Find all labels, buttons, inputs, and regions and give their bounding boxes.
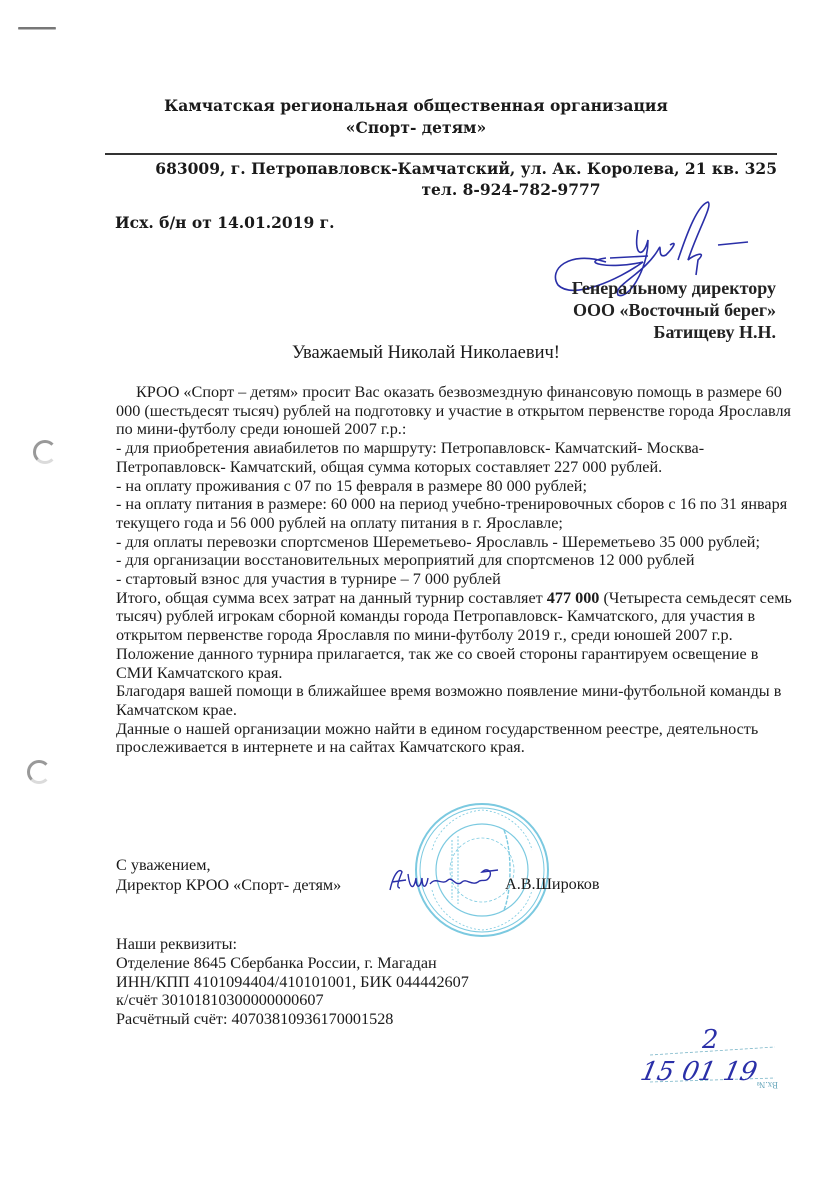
requisites-settlement-account: Расчётный счёт: 40703810936170001528 — [116, 1010, 469, 1029]
salutation: Уважаемый Николай Николаевич! — [0, 343, 832, 364]
letterhead-org-name: Камчатская региональная общественная орг… — [0, 95, 832, 139]
expense-item: - на оплату проживания с 07 по 15 феврал… — [116, 477, 796, 496]
total-amount: 477 000 — [547, 589, 600, 607]
body-paragraph: Данные о нашей организации можно найти в… — [116, 720, 796, 757]
body-intro: КРОО «Спорт – детям» просит Вас оказать … — [116, 383, 796, 439]
letter-body: КРОО «Спорт – детям» просит Вас оказать … — [116, 383, 796, 757]
punch-hole-mark — [33, 440, 57, 464]
letterhead-divider — [105, 153, 777, 155]
expense-item: - стартовый взнос для участия в турнире … — [116, 570, 796, 589]
body-paragraph: Благодаря вашей помощи в ближайшее время… — [116, 682, 796, 719]
outgoing-reference: Исх. б/н от 14.01.2019 г. — [115, 213, 335, 232]
bank-requisites: Наши реквизиты: Отделение 8645 Сбербанка… — [116, 935, 469, 1029]
requisites-bank: Отделение 8645 Сбербанка России, г. Мага… — [116, 954, 469, 973]
expense-item: - для приобретения авиабилетов по маршру… — [116, 439, 796, 476]
org-name-line2: «Спорт- детям» — [0, 117, 832, 139]
director-signature-icon — [386, 862, 506, 897]
expense-item: - для организации восстановительных меро… — [116, 551, 796, 570]
addressee-title: Генеральному директору — [572, 277, 776, 299]
addressee-name: Батищеву Н.Н. — [572, 321, 776, 343]
signer-name: А.В.Широков — [505, 875, 600, 894]
requisites-corr-account: к/счёт 30101810300000000607 — [116, 991, 469, 1010]
letterhead-address-block: 683009, г. Петропавловск-Камчатский, ул.… — [105, 158, 777, 200]
requisites-heading: Наши реквизиты: — [116, 935, 469, 954]
scan-artifact-line — [18, 27, 56, 29]
closing-block: С уважением, Директор КРОО «Спорт- детям… — [116, 855, 341, 895]
incoming-date: 15 01 19 — [638, 1057, 760, 1087]
incoming-registration-mark-icon: 2 15 01 19 Вх.№ — [640, 1020, 790, 1100]
total-paragraph: Итого, общая сумма всех затрат на данный… — [116, 589, 796, 683]
requisites-inn-kpp-bik: ИНН/КПП 4101094404/410101001, БИК 044442… — [116, 973, 469, 992]
incoming-stamp-label: Вх.№ — [757, 1080, 778, 1090]
closing-regards: С уважением, — [116, 855, 341, 875]
incoming-number: 2 — [701, 1025, 719, 1055]
letterhead-phone: тел. 8-924-782-9777 — [105, 179, 777, 200]
total-prefix: Итого, общая сумма всех затрат на данный… — [116, 589, 547, 607]
expense-item: - на оплату питания в размере: 60 000 на… — [116, 495, 796, 532]
punch-hole-mark — [27, 760, 51, 784]
letterhead-address: 683009, г. Петропавловск-Камчатский, ул.… — [155, 159, 777, 178]
org-name-line1: Камчатская региональная общественная орг… — [0, 95, 832, 117]
addressee-block: Генеральному директору ООО «Восточный бе… — [572, 277, 776, 343]
addressee-company: ООО «Восточный берег» — [572, 299, 776, 321]
signer-title: Директор КРОО «Спорт- детям» — [116, 875, 341, 895]
expense-item: - для оплаты перевозки спортсменов Шерем… — [116, 533, 796, 552]
